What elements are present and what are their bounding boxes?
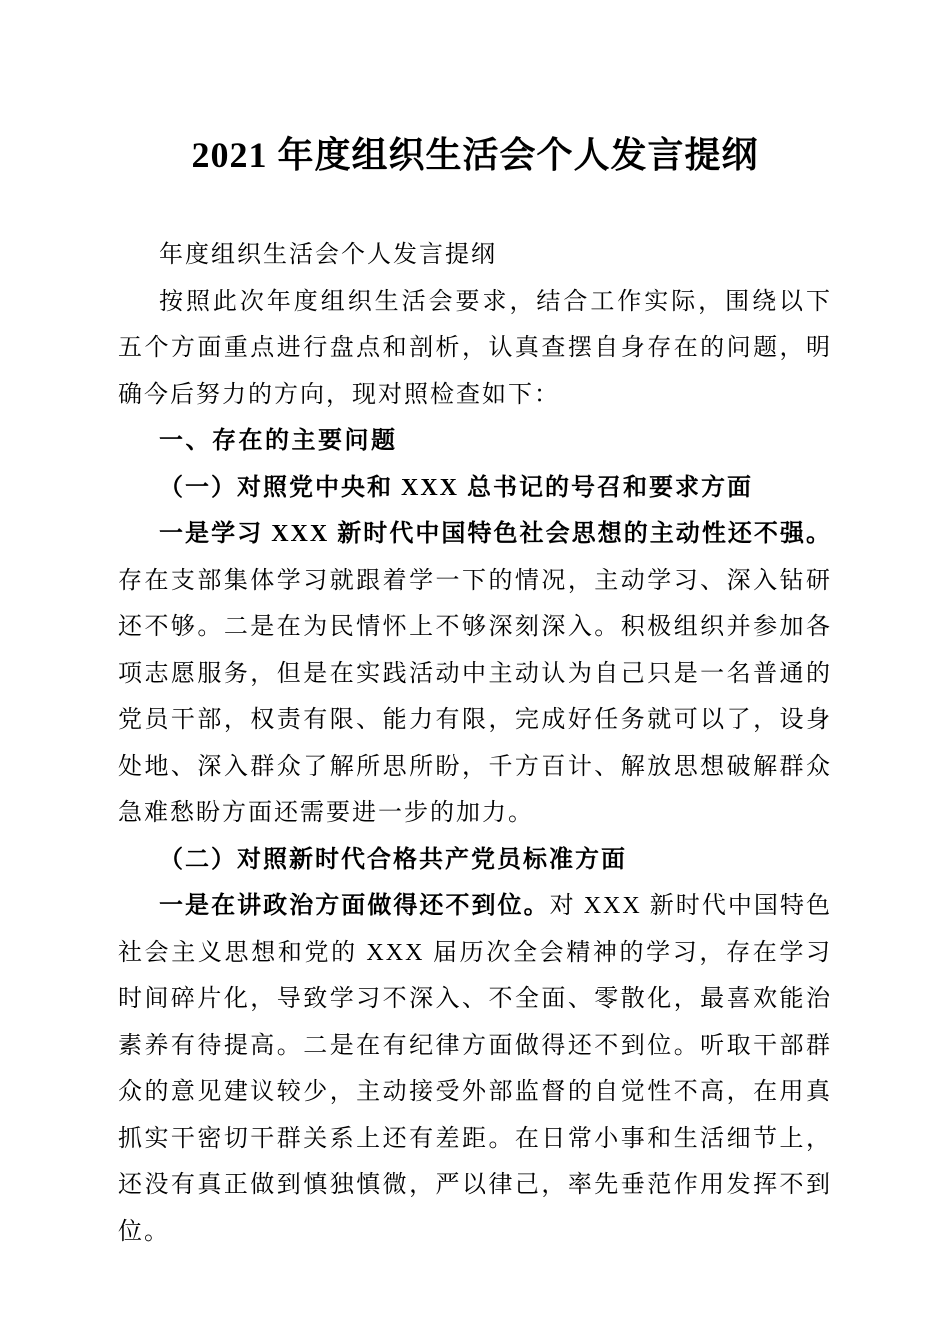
paragraph-section-2-lead: 一是在讲政治方面做得还不到位。 xyxy=(159,893,550,919)
paragraph-subtitle: 年度组织生活会个人发言提纲 xyxy=(118,232,832,279)
document-title: 2021 年度组织生活会个人发言提纲 xyxy=(118,130,832,180)
paragraph-section-2-rest: 对 XXX 新时代中国特色社会主义思想和党的 XXX 届历次全会精神的学习，存在… xyxy=(118,893,832,1245)
paragraph-section-1-rest: 存在支部集体学习就跟着学一下的情况，主动学习、深入钻研还不够。二是在为民情怀上不… xyxy=(118,568,832,827)
document-body: 年度组织生活会个人发言提纲 按照此次年度组织生活会要求，结合工作实际，围绕以下五… xyxy=(118,232,832,1255)
subsection-heading-1: （一）对照党中央和 XXX 总书记的号召和要求方面 xyxy=(118,465,832,512)
paragraph-intro: 按照此次年度组织生活会要求，结合工作实际，围绕以下五个方面重点进行盘点和剖析，认… xyxy=(118,279,832,419)
subsection-heading-2: （二）对照新时代合格共产党员标准方面 xyxy=(118,837,832,884)
paragraph-section-2: 一是在讲政治方面做得还不到位。对 XXX 新时代中国特色社会主义思想和党的 XX… xyxy=(118,883,832,1255)
paragraph-section-1: 一是学习 XXX 新时代中国特色社会思想的主动性还不强。存在支部集体学习就跟着学… xyxy=(118,511,832,837)
document-page: 2021 年度组织生活会个人发言提纲 年度组织生活会个人发言提纲 按照此次年度组… xyxy=(0,0,950,1344)
section-heading-main-problems: 一、存在的主要问题 xyxy=(118,418,832,465)
paragraph-section-1-lead: 一是学习 XXX 新时代中国特色社会思想的主动性还不强。 xyxy=(159,521,832,547)
